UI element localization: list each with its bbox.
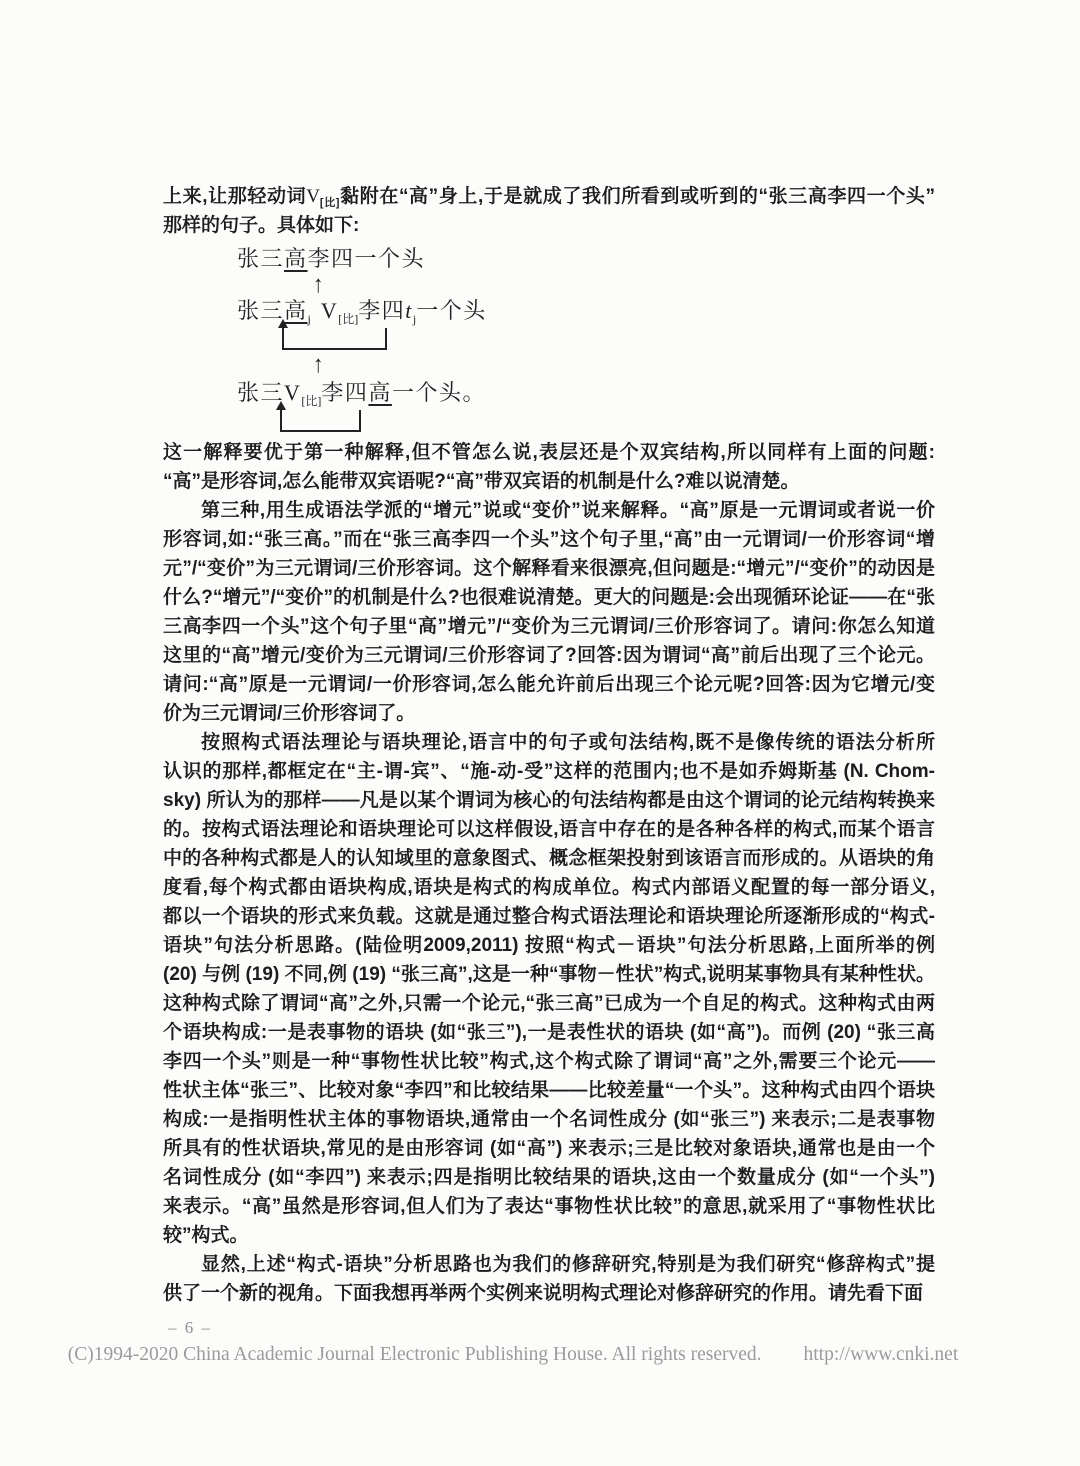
text-line: 这一解释要优于第一种解释,但不管怎么说,表层还是个双宾结构,所以同样有上面的问题…	[163, 438, 935, 467]
document-page: 上来,让那轻动词V[比]黏附在“高”身上,于是就成了我们所看到或听到的“张三高李…	[0, 0, 1080, 1466]
verb-subscript: [比]	[301, 394, 321, 408]
text-segment: 上来,让那轻动词	[163, 186, 306, 207]
verb-subscript: [比]	[338, 312, 358, 326]
movement-arrow-bracket	[280, 410, 361, 432]
movement-arrow-bracket	[282, 328, 387, 350]
page-number: – 6 –	[168, 1318, 212, 1338]
text-segment: 张三	[237, 246, 284, 271]
text-line: 语块”句法分析思路。(陆俭明2009,2011) 按照“构式－语块”句法分析思路…	[163, 931, 935, 960]
predicate-underlined: 高	[368, 380, 392, 405]
text-segment: 一个头。	[392, 380, 486, 405]
text-line: (20) 与例 (19) 不同,例 (19) “张三高”,这是一种“事物－性状”…	[163, 960, 935, 989]
text-segment: 李四一个头	[308, 246, 426, 271]
text-line: 构成:一是指明性状主体的事物语块,通常由一个名词性成分 (如“张三”) 来表示;…	[163, 1105, 935, 1134]
verb-symbol: V	[321, 298, 338, 323]
text-line: 认识的那样,都框定在“主-谓-宾”、“施-动-受”这样的范围内;也不是如乔姆斯基…	[163, 757, 935, 786]
text-line: 形容词,如:“张三高。”而在“张三高李四一个头”这个句子里,“高”由一元谓词/一…	[163, 525, 935, 554]
diagram-line-deep: 张三V[比]李四高一个头。	[237, 380, 486, 414]
diagram-line-surface: 张三高李四一个头	[237, 246, 425, 272]
text-segment: 李四	[358, 298, 405, 323]
text-line: 那样的句子。具体如下:	[163, 211, 935, 240]
copyright-text: (C)1994-2020 China Academic Journal Elec…	[68, 1344, 762, 1365]
text-line: 来表示。“高”虽然是形容词,但人们为了表达“事物性状比较”的意思,就采用了“事物…	[163, 1192, 935, 1221]
verb-subscript: [比]	[320, 197, 340, 209]
footer-copyright: (C)1994-2020 China Academic Journal Elec…	[0, 1344, 1080, 1366]
paragraph-explanation-2: 这一解释要优于第一种解释,但不管怎么说,表层还是个双宾结构,所以同样有上面的问题…	[163, 438, 935, 496]
text-line: 所具有的性状语块,常见的是由形容词 (如“高”) 来表示;三是比较对象语块,通常…	[163, 1134, 935, 1163]
diagram-line-movement: 张三高jV[比]李四tj一个头	[237, 298, 487, 332]
page-content: 上来,让那轻动词V[比]黏附在“高”身上,于是就成了我们所看到或听到的“张三高李…	[163, 182, 935, 1308]
text-line: 度看,每个构式都由语块构成,语块是构式的构成单位。构式内部语义配置的每一部分语义…	[163, 873, 935, 902]
text-line: 的。按构式语法理论和语块理论可以这样假设,语言中存在的是各种各样的构式,而某个语…	[163, 815, 935, 844]
text-line: 较”构式。	[163, 1221, 935, 1250]
paragraph-explanation-3: 第三种,用生成语法学派的“增元”说或“变价”说来解释。“高”原是一元谓词或者说一…	[163, 496, 935, 728]
text-line: 显然,上述“构式-语块”分析思路也为我们的修辞研究,特别是为我们研究“修辞构式”…	[163, 1250, 935, 1279]
text-line: 请问:“高”原是一元谓词/一价形容词,怎么能允许前后出现三个论元呢?回答:因为它…	[163, 670, 935, 699]
text-line: 第三种,用生成语法学派的“增元”说或“变价”说来解释。“高”原是一元谓词或者说一…	[163, 496, 935, 525]
text-line: 这里的“高”增元/变价为三元谓词/三价形容词了?回答:因为谓词“高”前后出现了三…	[163, 641, 935, 670]
text-line: 价为三元谓词/三价形容词了。	[163, 699, 935, 728]
paragraph-continuation: 上来,让那轻动词V[比]黏附在“高”身上,于是就成了我们所看到或听到的“张三高李…	[163, 182, 935, 240]
text-line: 个语块构成:一是表事物的语块 (如“张三”),一是表性状的语块 (如“高”)。而…	[163, 1018, 935, 1047]
text-line: 供了一个新的视角。下面我想再举两个实例来说明构式理论对修辞研究的作用。请先看下面	[163, 1279, 935, 1308]
text-line: sky) 所认为的那样——凡是以某个谓词为核心的句法结构都是由这个谓词的论元结构…	[163, 786, 935, 815]
copyright-url: http://www.cnki.net	[804, 1344, 959, 1365]
up-arrow-icon: ↑	[313, 350, 324, 378]
text-line: 名词性成分 (如“李四”) 来表示;四是指明比较结果的语块,这由一个数量成分 (…	[163, 1163, 935, 1192]
text-segment: 张三	[237, 298, 284, 323]
text-line: 中的各种构式都是人的认知域里的意象图式、概念框架投射到该语言而形成的。从语块的角	[163, 844, 935, 873]
text-segment: 一个头	[416, 298, 487, 323]
verb-symbol: V	[306, 186, 320, 207]
verb-symbol: V	[284, 380, 301, 405]
text-line: 这种构式除了谓词“高”之外,只需一个论元,“张三高”已成为一个自足的构式。这种构…	[163, 989, 935, 1018]
derivation-diagram: 张三高李四一个头 ↑ 张三高jV[比]李四tj一个头 ↑ 张三V[比]李四高一个…	[163, 240, 935, 438]
text-line: 按照构式语法理论与语块理论,语言中的句子或句法结构,既不是像传统的语法分析所	[163, 728, 935, 757]
paragraph-construction-theory: 按照构式语法理论与语块理论,语言中的句子或句法结构,既不是像传统的语法分析所认识…	[163, 728, 935, 1250]
text-line: 三高李四一个头”这个句子里“高”增元”/“变价为三元谓词/三价形容词了。请问:你…	[163, 612, 935, 641]
trace-symbol: t	[405, 298, 413, 323]
text-line: “高”是形容词,怎么能带双宾语呢?“高”带双宾语的机制是什么?难以说清楚。	[163, 467, 935, 496]
up-arrow-icon: ↑	[313, 270, 324, 298]
predicate-underlined: 高	[284, 246, 308, 271]
text-line: 都以一个语块的形式来负载。这就是通过整合构式语法理论和语块理论所逐渐形成的“构式…	[163, 902, 935, 931]
index-subscript: j	[308, 312, 311, 326]
text-line: 元”/“变价”为三元谓词/三价形容词。这个解释看来很漂亮,但问题是:“增元”/“…	[163, 554, 935, 583]
paragraph-conclusion: 显然,上述“构式-语块”分析思路也为我们的修辞研究,特别是为我们研究“修辞构式”…	[163, 1250, 935, 1308]
text-line: 性状主体“张三”、比较对象“李四”和比较结果——比较差量“一个头”。这种构式由四…	[163, 1076, 935, 1105]
text-line: 什么?“增元”/“变价”的机制是什么?也很难说清楚。更大的问题是:会出现循环论证…	[163, 583, 935, 612]
text-line: 李四一个头”则是一种“事物性状比较”构式,这个构式除了谓词“高”之外,需要三个论…	[163, 1047, 935, 1076]
text-line: 上来,让那轻动词V[比]黏附在“高”身上,于是就成了我们所看到或听到的“张三高李…	[163, 182, 935, 211]
text-segment: 李四	[321, 380, 368, 405]
text-segment: 黏附在“高”身上,于是就成了我们所看到或听到的“张三高李四一个头”	[339, 186, 935, 207]
